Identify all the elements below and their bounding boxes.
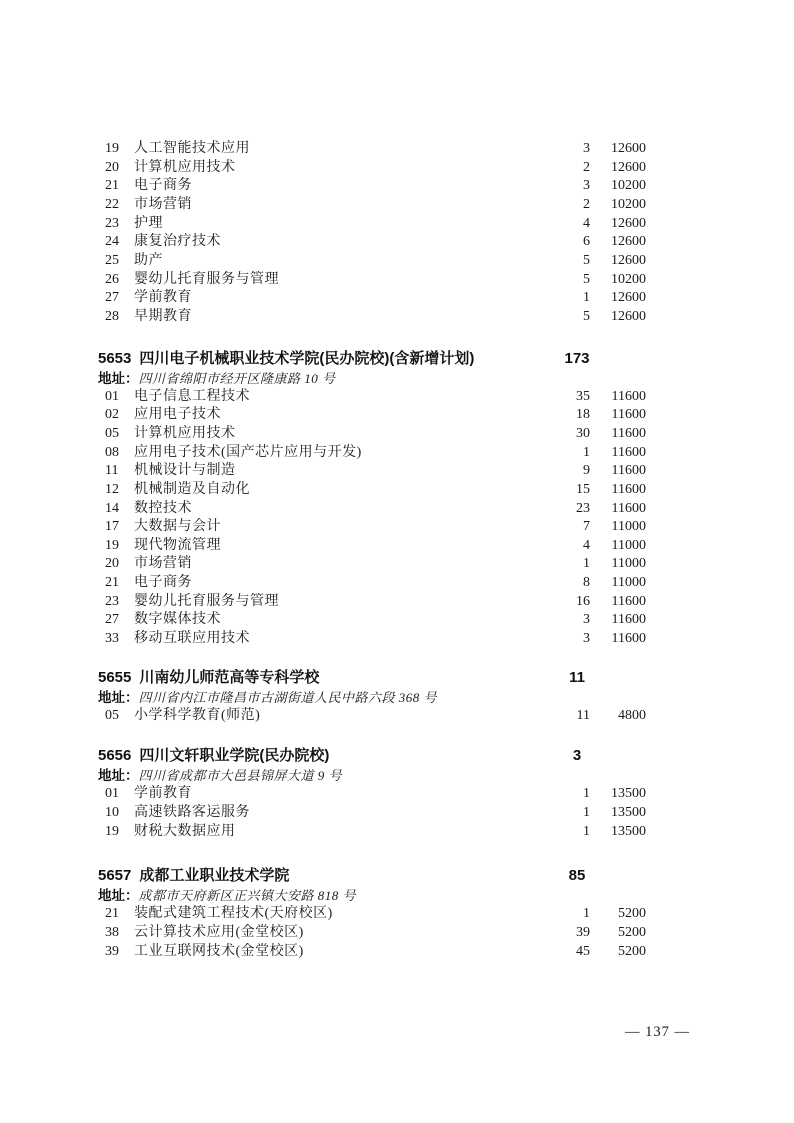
program-row: 12 机械制造及自动化 15 11600 <box>0 481 794 500</box>
program-plan-count: 23 <box>550 500 590 519</box>
school-section: 5657 成都工业职业技术学院 85 地址：成都市天府新区正兴镇大安路 818 … <box>0 865 794 961</box>
school-header: 5657 成都工业职业技术学院 85 <box>0 865 794 886</box>
program-plan-count: 8 <box>550 574 590 593</box>
program-tuition-fee: 11000 <box>590 555 646 574</box>
program-code: 17 <box>105 518 127 537</box>
program-plan-count: 1 <box>550 785 590 804</box>
address-label: 地址： <box>98 888 139 903</box>
program-tuition-fee: 12600 <box>590 215 646 234</box>
program-plan-count: 1 <box>550 905 590 924</box>
school-name: 四川文轩职业学院(民办院校) <box>139 745 547 766</box>
school-code: 5655 <box>98 667 131 688</box>
program-name: 计算机应用技术 <box>127 159 550 178</box>
program-name: 助产 <box>127 252 550 271</box>
program-row: 33 移动互联应用技术 3 11600 <box>0 630 794 649</box>
program-row: 08 应用电子技术(国产芯片应用与开发) 1 11600 <box>0 444 794 463</box>
program-plan-count: 4 <box>550 537 590 556</box>
continuation-rows: 19 人工智能技术应用 3 12600 20 计算机应用技术 2 12600 2… <box>0 140 794 327</box>
school-total-count: 11 <box>547 667 607 688</box>
program-tuition-fee: 11600 <box>590 388 646 407</box>
program-tuition-fee: 12600 <box>590 140 646 159</box>
program-name: 机械制造及自动化 <box>127 481 550 500</box>
program-code: 08 <box>105 444 127 463</box>
program-tuition-fee: 11600 <box>590 500 646 519</box>
program-row: 28 早期教育 5 12600 <box>0 308 794 327</box>
address-text: 四川省成都市大邑县锦屏大道 9 号 <box>139 768 343 783</box>
program-row: 23 护理 4 12600 <box>0 215 794 234</box>
program-plan-count: 39 <box>550 924 590 943</box>
program-code: 39 <box>105 943 127 962</box>
program-rows: 01 电子信息工程技术 35 11600 02 应用电子技术 18 11600 … <box>0 388 794 649</box>
program-code: 20 <box>105 555 127 574</box>
program-tuition-fee: 11600 <box>590 406 646 425</box>
program-name: 市场营销 <box>127 196 550 215</box>
address-text: 成都市天府新区正兴镇大安路 818 号 <box>139 888 357 903</box>
program-tuition-fee: 11000 <box>590 574 646 593</box>
program-name: 护理 <box>127 215 550 234</box>
program-tuition-fee: 12600 <box>590 289 646 308</box>
program-name: 高速铁路客运服务 <box>127 804 550 823</box>
program-plan-count: 6 <box>550 233 590 252</box>
program-code: 14 <box>105 500 127 519</box>
address-line: 地址：四川省内江市隆昌市古湖街道人民中路六段 368 号 <box>0 688 794 707</box>
program-tuition-fee: 11600 <box>590 611 646 630</box>
school-header: 5656 四川文轩职业学院(民办院校) 3 <box>0 745 794 766</box>
program-tuition-fee: 12600 <box>590 233 646 252</box>
program-code: 21 <box>105 905 127 924</box>
program-name: 市场营销 <box>127 555 550 574</box>
program-plan-count: 16 <box>550 593 590 612</box>
program-row: 21 电子商务 3 10200 <box>0 177 794 196</box>
program-plan-count: 5 <box>550 271 590 290</box>
program-tuition-fee: 5200 <box>590 905 646 924</box>
program-row: 11 机械设计与制造 9 11600 <box>0 462 794 481</box>
school-section: 5653 四川电子机械职业技术学院(民办院校)(含新增计划) 173 地址：四川… <box>0 348 794 649</box>
program-row: 21 装配式建筑工程技术(天府校区) 1 5200 <box>0 905 794 924</box>
program-name: 婴幼儿托育服务与管理 <box>127 271 550 290</box>
program-row: 25 助产 5 12600 <box>0 252 794 271</box>
program-row: 22 市场营销 2 10200 <box>0 196 794 215</box>
school-header: 5655 川南幼儿师范高等专科学校 11 <box>0 667 794 688</box>
program-row: 27 数字媒体技术 3 11600 <box>0 611 794 630</box>
program-tuition-fee: 11000 <box>590 537 646 556</box>
program-plan-count: 2 <box>550 159 590 178</box>
program-plan-count: 3 <box>550 611 590 630</box>
address-text: 四川省绵阳市经开区隆康路 10 号 <box>139 371 336 386</box>
program-row: 14 数控技术 23 11600 <box>0 500 794 519</box>
program-tuition-fee: 11000 <box>590 518 646 537</box>
program-name: 康复治疗技术 <box>127 233 550 252</box>
program-plan-count: 3 <box>550 630 590 649</box>
program-tuition-fee: 5200 <box>590 943 646 962</box>
school-section: 5655 川南幼儿师范高等专科学校 11 地址：四川省内江市隆昌市古湖街道人民中… <box>0 667 794 726</box>
school-name: 成都工业职业技术学院 <box>139 865 547 886</box>
program-row: 20 市场营销 1 11000 <box>0 555 794 574</box>
program-tuition-fee: 4800 <box>590 707 646 726</box>
program-code: 01 <box>105 785 127 804</box>
program-row: 23 婴幼儿托育服务与管理 16 11600 <box>0 593 794 612</box>
program-plan-count: 30 <box>550 425 590 444</box>
program-plan-count: 1 <box>550 804 590 823</box>
program-tuition-fee: 5200 <box>590 924 646 943</box>
program-name: 工业互联网技术(金堂校区) <box>127 943 550 962</box>
program-tuition-fee: 11600 <box>590 630 646 649</box>
program-code: 28 <box>105 308 127 327</box>
program-code: 27 <box>105 289 127 308</box>
program-row: 21 电子商务 8 11000 <box>0 574 794 593</box>
program-name: 财税大数据应用 <box>127 823 550 842</box>
program-name: 电子商务 <box>127 574 550 593</box>
program-code: 21 <box>105 177 127 196</box>
program-plan-count: 35 <box>550 388 590 407</box>
school-header: 5653 四川电子机械职业技术学院(民办院校)(含新增计划) 173 <box>0 348 794 369</box>
program-name: 数字媒体技术 <box>127 611 550 630</box>
program-rows: 01 学前教育 1 13500 10 高速铁路客运服务 1 13500 19 财… <box>0 785 794 841</box>
program-tuition-fee: 11600 <box>590 481 646 500</box>
program-name: 计算机应用技术 <box>127 425 550 444</box>
program-name: 移动互联应用技术 <box>127 630 550 649</box>
program-plan-count: 1 <box>550 823 590 842</box>
program-row: 19 财税大数据应用 1 13500 <box>0 823 794 842</box>
program-code: 10 <box>105 804 127 823</box>
address-line: 地址：四川省成都市大邑县锦屏大道 9 号 <box>0 766 794 785</box>
school-total-count: 173 <box>547 348 607 369</box>
program-code: 05 <box>105 707 127 726</box>
program-tuition-fee: 12600 <box>590 308 646 327</box>
program-code: 20 <box>105 159 127 178</box>
page-content: 19 人工智能技术应用 3 12600 20 计算机应用技术 2 12600 2… <box>0 0 794 961</box>
address-label: 地址： <box>98 768 139 783</box>
program-name: 应用电子技术(国产芯片应用与开发) <box>127 444 550 463</box>
program-code: 05 <box>105 425 127 444</box>
program-name: 学前教育 <box>127 785 550 804</box>
program-code: 12 <box>105 481 127 500</box>
program-tuition-fee: 13500 <box>590 823 646 842</box>
page-number: — 137 — <box>625 1022 690 1042</box>
program-row: 01 电子信息工程技术 35 11600 <box>0 388 794 407</box>
program-row: 05 小学科学教育(师范) 11 4800 <box>0 707 794 726</box>
school-total-count: 85 <box>547 865 607 886</box>
program-name: 电子商务 <box>127 177 550 196</box>
program-plan-count: 2 <box>550 196 590 215</box>
school-code: 5656 <box>98 745 131 766</box>
program-row: 01 学前教育 1 13500 <box>0 785 794 804</box>
program-code: 19 <box>105 823 127 842</box>
program-code: 19 <box>105 537 127 556</box>
program-name: 数控技术 <box>127 500 550 519</box>
program-tuition-fee: 13500 <box>590 804 646 823</box>
program-code: 22 <box>105 196 127 215</box>
document-page: 19 人工智能技术应用 3 12600 20 计算机应用技术 2 12600 2… <box>0 0 794 1123</box>
address-label: 地址： <box>98 690 139 705</box>
program-plan-count: 5 <box>550 308 590 327</box>
program-plan-count: 3 <box>550 177 590 196</box>
program-code: 01 <box>105 388 127 407</box>
program-code: 38 <box>105 924 127 943</box>
program-name: 电子信息工程技术 <box>127 388 550 407</box>
program-tuition-fee: 13500 <box>590 785 646 804</box>
program-name: 应用电子技术 <box>127 406 550 425</box>
address-line: 地址：四川省绵阳市经开区隆康路 10 号 <box>0 369 794 388</box>
address-label: 地址： <box>98 371 139 386</box>
program-row: 27 学前教育 1 12600 <box>0 289 794 308</box>
program-plan-count: 11 <box>550 707 590 726</box>
program-plan-count: 5 <box>550 252 590 271</box>
program-row: 26 婴幼儿托育服务与管理 5 10200 <box>0 271 794 290</box>
program-code: 11 <box>105 462 127 481</box>
program-plan-count: 9 <box>550 462 590 481</box>
program-plan-count: 18 <box>550 406 590 425</box>
school-name: 川南幼儿师范高等专科学校 <box>139 667 547 688</box>
program-rows: 05 小学科学教育(师范) 11 4800 <box>0 707 794 726</box>
program-tuition-fee: 12600 <box>590 159 646 178</box>
program-code: 25 <box>105 252 127 271</box>
program-name: 小学科学教育(师范) <box>127 707 550 726</box>
school-total-count: 3 <box>547 745 607 766</box>
school-section: 5656 四川文轩职业学院(民办院校) 3 地址：四川省成都市大邑县锦屏大道 9… <box>0 745 794 841</box>
program-tuition-fee: 10200 <box>590 177 646 196</box>
program-tuition-fee: 11600 <box>590 425 646 444</box>
address-text: 四川省内江市隆昌市古湖街道人民中路六段 368 号 <box>139 690 438 705</box>
school-code: 5657 <box>98 865 131 886</box>
address-line: 地址：成都市天府新区正兴镇大安路 818 号 <box>0 886 794 905</box>
school-code: 5653 <box>98 348 131 369</box>
program-row: 38 云计算技术应用(金堂校区) 39 5200 <box>0 924 794 943</box>
program-tuition-fee: 11600 <box>590 462 646 481</box>
program-code: 26 <box>105 271 127 290</box>
program-name: 人工智能技术应用 <box>127 140 550 159</box>
program-row: 05 计算机应用技术 30 11600 <box>0 425 794 444</box>
program-tuition-fee: 11600 <box>590 593 646 612</box>
program-plan-count: 1 <box>550 444 590 463</box>
program-name: 早期教育 <box>127 308 550 327</box>
school-name: 四川电子机械职业技术学院(民办院校)(含新增计划) <box>139 348 547 369</box>
program-plan-count: 1 <box>550 555 590 574</box>
program-code: 02 <box>105 406 127 425</box>
program-tuition-fee: 10200 <box>590 271 646 290</box>
program-name: 学前教育 <box>127 289 550 308</box>
program-plan-count: 7 <box>550 518 590 537</box>
program-name: 云计算技术应用(金堂校区) <box>127 924 550 943</box>
program-code: 21 <box>105 574 127 593</box>
program-code: 27 <box>105 611 127 630</box>
program-name: 现代物流管理 <box>127 537 550 556</box>
program-row: 19 人工智能技术应用 3 12600 <box>0 140 794 159</box>
program-plan-count: 45 <box>550 943 590 962</box>
program-code: 24 <box>105 233 127 252</box>
program-tuition-fee: 12600 <box>590 252 646 271</box>
program-code: 33 <box>105 630 127 649</box>
program-rows: 21 装配式建筑工程技术(天府校区) 1 5200 38 云计算技术应用(金堂校… <box>0 905 794 961</box>
program-code: 23 <box>105 215 127 234</box>
program-tuition-fee: 11600 <box>590 444 646 463</box>
program-row: 24 康复治疗技术 6 12600 <box>0 233 794 252</box>
program-name: 装配式建筑工程技术(天府校区) <box>127 905 550 924</box>
program-name: 婴幼儿托育服务与管理 <box>127 593 550 612</box>
program-row: 20 计算机应用技术 2 12600 <box>0 159 794 178</box>
program-row: 02 应用电子技术 18 11600 <box>0 406 794 425</box>
program-plan-count: 1 <box>550 289 590 308</box>
program-name: 大数据与会计 <box>127 518 550 537</box>
program-plan-count: 15 <box>550 481 590 500</box>
program-plan-count: 4 <box>550 215 590 234</box>
program-plan-count: 3 <box>550 140 590 159</box>
program-row: 39 工业互联网技术(金堂校区) 45 5200 <box>0 943 794 962</box>
program-row: 17 大数据与会计 7 11000 <box>0 518 794 537</box>
program-code: 19 <box>105 140 127 159</box>
school-sections: 5653 四川电子机械职业技术学院(民办院校)(含新增计划) 173 地址：四川… <box>0 348 794 962</box>
program-tuition-fee: 10200 <box>590 196 646 215</box>
program-name: 机械设计与制造 <box>127 462 550 481</box>
program-code: 23 <box>105 593 127 612</box>
program-row: 19 现代物流管理 4 11000 <box>0 537 794 556</box>
program-row: 10 高速铁路客运服务 1 13500 <box>0 804 794 823</box>
